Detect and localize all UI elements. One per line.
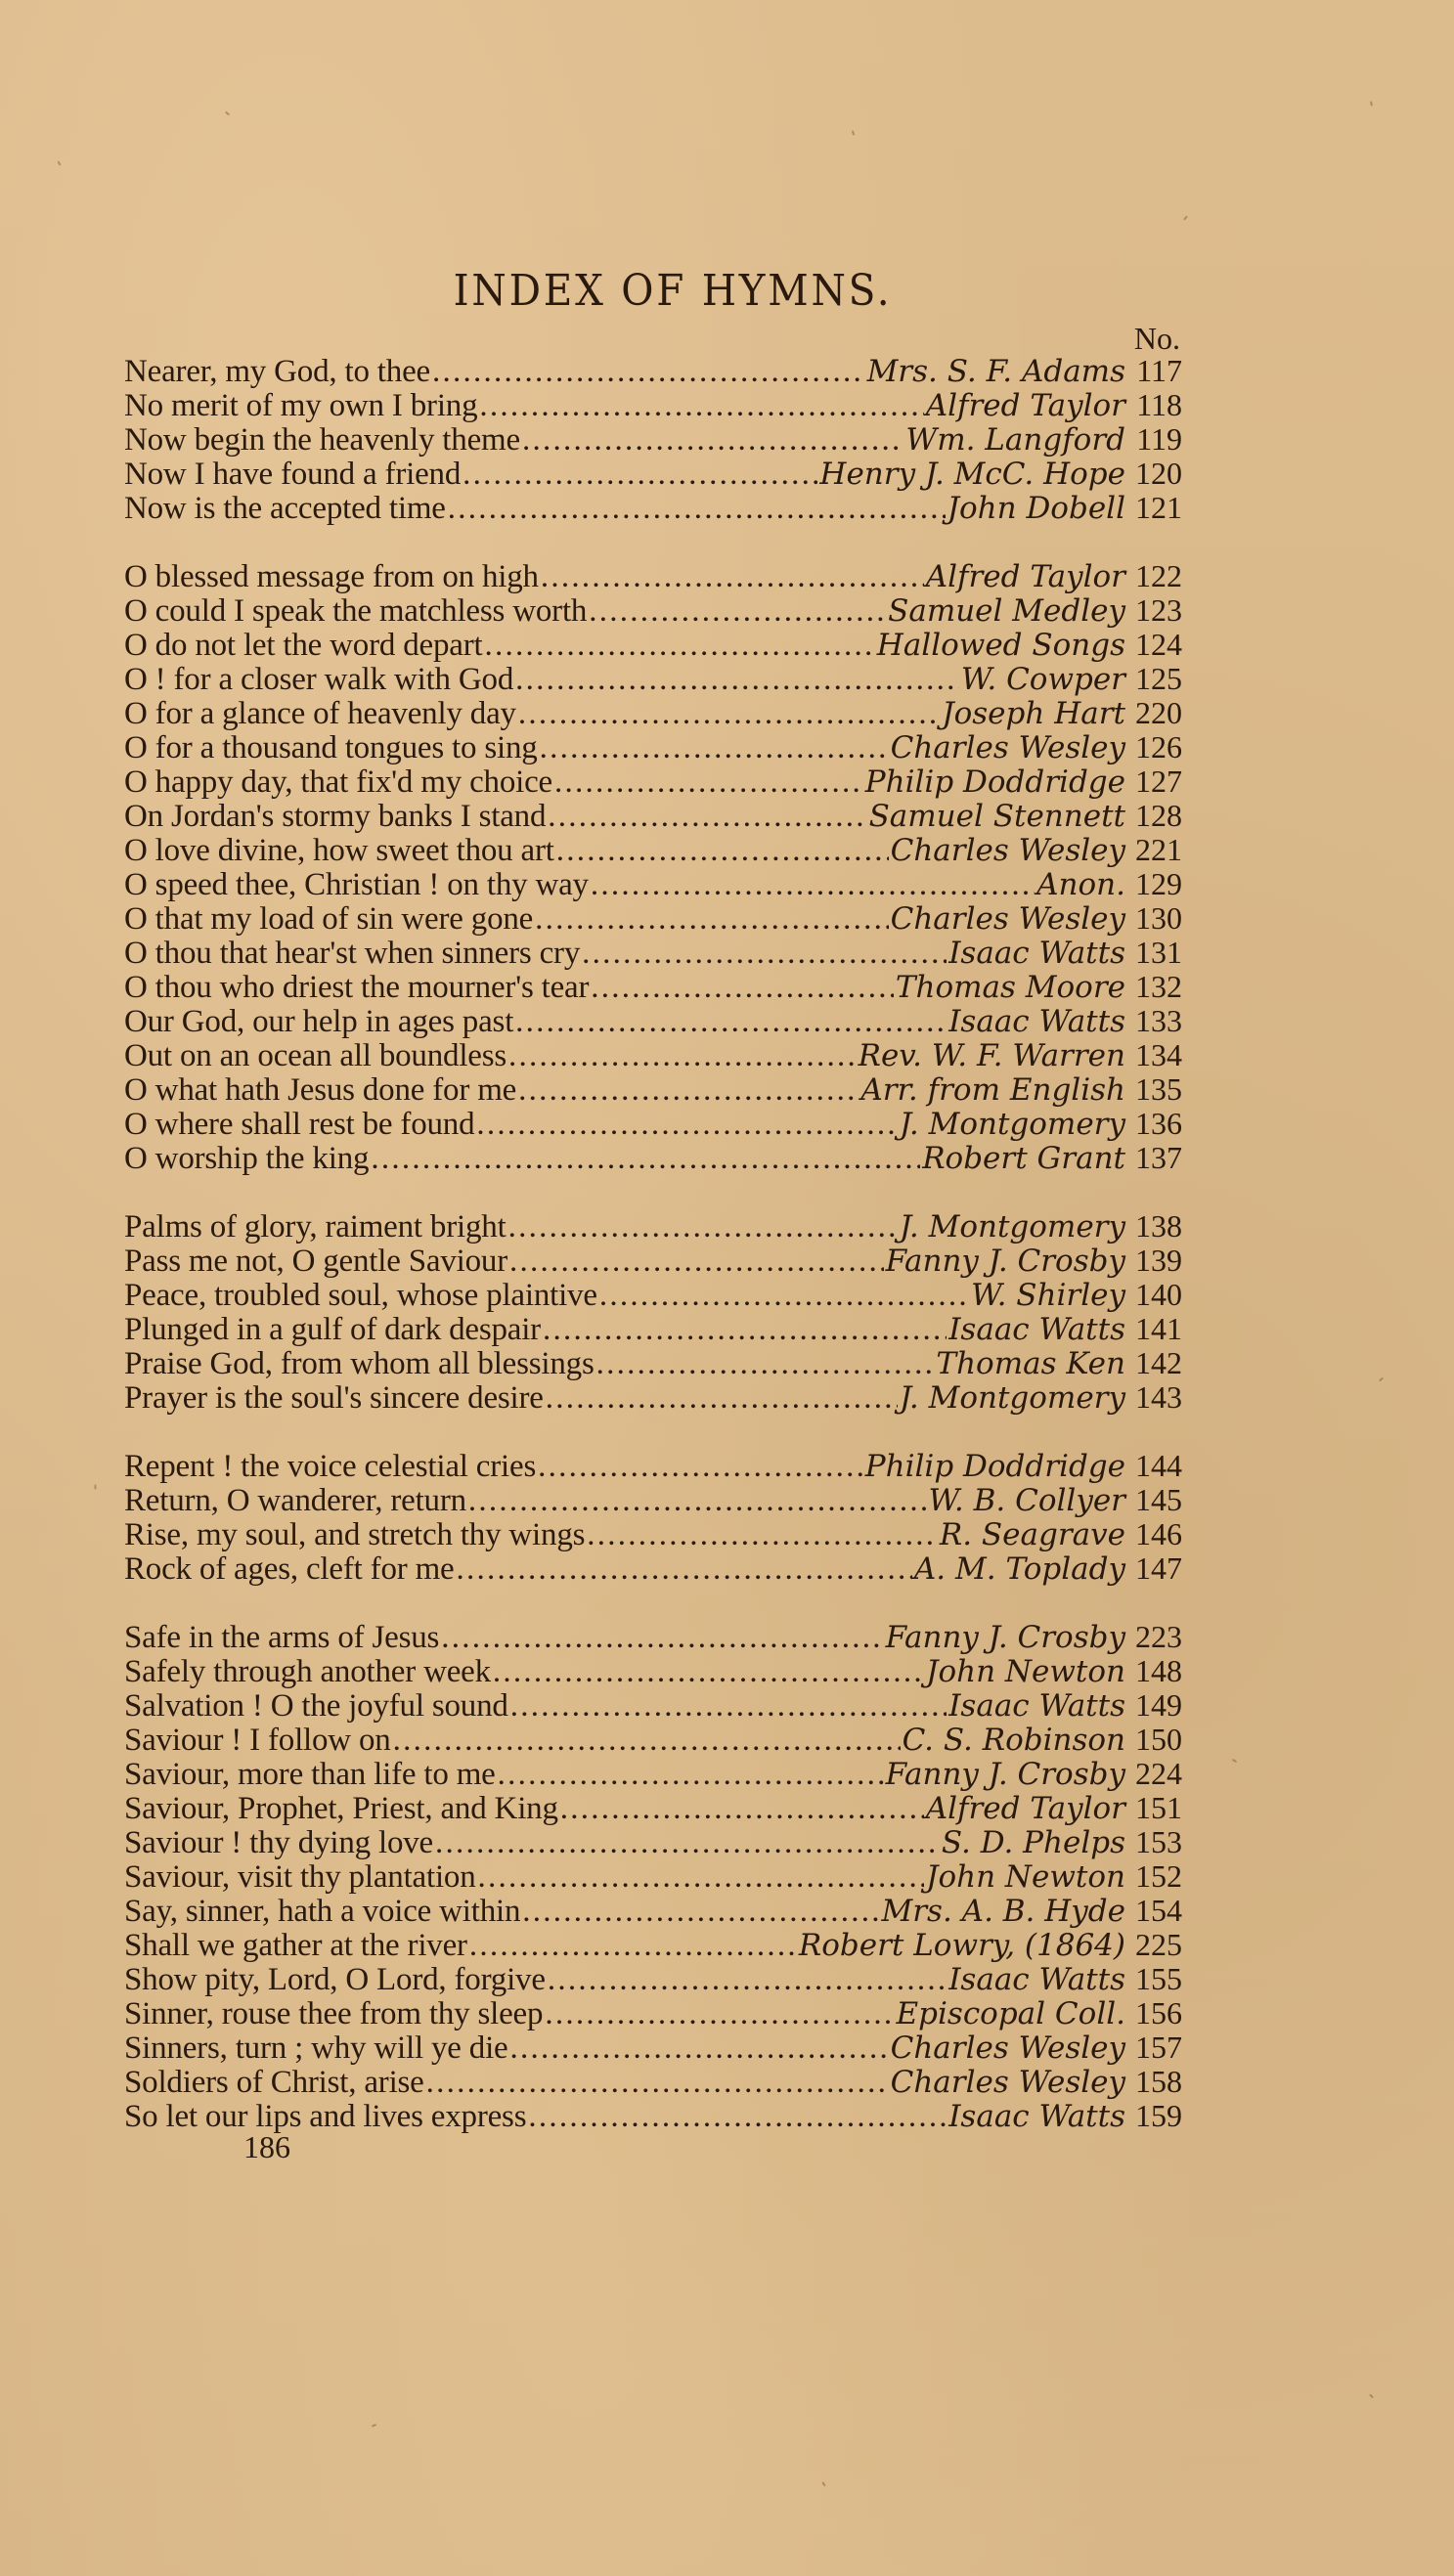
dot-leader [541, 560, 924, 594]
hymn-author: Charles Wesley [891, 902, 1125, 937]
hymn-author: J. Montgomery [900, 1210, 1125, 1244]
hymn-author: C. S. Robinson [903, 1724, 1125, 1758]
dot-leader [432, 355, 865, 389]
index-entry: O what hath Jesus done for meArr. from E… [124, 1072, 1182, 1107]
dot-leader [510, 2031, 889, 2066]
index-entry: Now is the accepted timeJohn Dobell121 [124, 491, 1182, 525]
dot-leader [463, 458, 817, 492]
hymn-number: 124 [1125, 628, 1182, 662]
hymn-first-line: So let our lips and lives express [124, 2100, 526, 2134]
hymn-first-line: Rise, my soul, and stretch thy wings [124, 1518, 585, 1552]
index-section-s: Safe in the arms of JesusFanny J. Crosby… [124, 1620, 1182, 2133]
paper-speck [1232, 1759, 1237, 1763]
hymn-number: 155 [1125, 1962, 1182, 1996]
index-entry: Saviour, visit thy plantationJohn Newton… [124, 1859, 1182, 1894]
index-entry: Saviour ! I follow onC. S. Robinson150 [124, 1723, 1182, 1757]
hymn-author: Arr. from English [860, 1073, 1125, 1108]
hymn-author: J. Montgomery [900, 1381, 1125, 1416]
hymn-number: 128 [1125, 799, 1182, 833]
dot-leader [509, 1244, 884, 1279]
hymn-first-line: Now is the accepted time [124, 492, 446, 526]
index-entry: O for a glance of heavenly dayJoseph Har… [124, 696, 1182, 730]
paper-speck [95, 1485, 97, 1490]
hymn-first-line: O could I speak the matchless worth [124, 594, 587, 629]
hymn-number: 157 [1125, 2030, 1182, 2065]
index-section-n: Nearer, my God, to theeMrs. S. F. Adams1… [124, 354, 1182, 525]
hymn-number: 137 [1125, 1141, 1182, 1175]
index-section-p: Palms of glory, raiment brightJ. Montgom… [124, 1209, 1182, 1415]
dot-leader [518, 697, 940, 731]
hymn-first-line: Saviour, Prophet, Priest, and King [124, 1792, 558, 1826]
hymn-author: Fanny J. Crosby [886, 1621, 1125, 1655]
index-entry: O where shall rest be foundJ. Montgomery… [124, 1107, 1182, 1141]
hymn-author: Fanny J. Crosby [886, 1244, 1125, 1279]
hymn-first-line: O speed thee, Christian ! on thy way [124, 868, 589, 902]
index-entry: Saviour, more than life to meFanny J. Cr… [124, 1757, 1182, 1791]
hymn-number: 145 [1125, 1483, 1182, 1517]
hymn-number: 129 [1125, 867, 1182, 901]
dot-leader [518, 1073, 859, 1108]
hymn-first-line: Now I have found a friend [124, 458, 461, 492]
dot-leader [599, 1279, 969, 1313]
index-entry: O for a thousand tongues to singCharles … [124, 730, 1182, 764]
hymn-author: John Newton [926, 1655, 1125, 1689]
hymn-number: 156 [1125, 1996, 1182, 2030]
dot-leader [589, 594, 886, 629]
hymn-first-line: O do not let the word depart [124, 629, 482, 663]
hymn-first-line: Saviour, more than life to me [124, 1758, 496, 1792]
dot-leader [548, 1963, 947, 1997]
hymn-first-line: Repent ! the voice celestial cries [124, 1450, 536, 1484]
hymn-number: 150 [1125, 1723, 1182, 1757]
hymn-author: Anon. [1036, 868, 1125, 902]
dot-leader [371, 1142, 920, 1176]
hymn-number: 220 [1125, 696, 1182, 730]
dot-leader [587, 1518, 938, 1552]
index-entry: O could I speak the matchless worthSamue… [124, 593, 1182, 628]
hymn-first-line: Peace, troubled soul, whose plaintive [124, 1279, 597, 1313]
hymn-author: Thomas Moore [896, 971, 1125, 1005]
hymn-number: 130 [1125, 901, 1182, 936]
hymn-first-line: Saviour, visit thy plantation [124, 1860, 476, 1895]
hymn-number: 134 [1125, 1038, 1182, 1072]
hymn-author: Charles Wesley [891, 2031, 1125, 2066]
hymn-number: 140 [1125, 1278, 1182, 1312]
dot-leader [596, 1347, 935, 1381]
index-entry: Saviour ! thy dying loveS. D. Phelps153 [124, 1825, 1182, 1859]
index-section-r: Repent ! the voice celestial criesPhilip… [124, 1449, 1182, 1586]
hymn-first-line: Plunged in a gulf of dark despair [124, 1313, 541, 1347]
dot-leader [476, 1108, 897, 1142]
dot-leader [522, 423, 903, 458]
hymn-number: 131 [1125, 936, 1182, 970]
hymn-number: 149 [1125, 1688, 1182, 1723]
index-entry: On Jordan's stormy banks I standSamuel S… [124, 799, 1182, 833]
dot-leader [498, 1758, 884, 1792]
dot-leader [560, 1792, 924, 1826]
hymn-first-line: Saviour ! thy dying love [124, 1826, 433, 1860]
hymn-author: W. Cowper [961, 663, 1125, 697]
paper-speck [852, 130, 856, 135]
hymn-author: W. Shirley [971, 1279, 1125, 1313]
hymn-first-line: Sinner, rouse thee from thy sleep [124, 1997, 543, 2031]
dot-leader [435, 1826, 940, 1860]
hymn-number: 147 [1125, 1551, 1182, 1586]
hymn-number: 225 [1125, 1928, 1182, 1962]
hymn-author: Episcopal Coll. [897, 1997, 1125, 2031]
hymn-number: 119 [1125, 422, 1182, 457]
dot-leader [540, 731, 889, 765]
hymn-number: 224 [1125, 1757, 1182, 1791]
index-entry: O love divine, how sweet thou artCharles… [124, 833, 1182, 867]
index-entry: Safe in the arms of JesusFanny J. Crosby… [124, 1620, 1182, 1654]
hymn-number: 123 [1125, 593, 1182, 628]
hymn-author: Joseph Hart [942, 697, 1125, 731]
index-entry: Now I have found a friend Henry J. McC. … [124, 457, 1182, 491]
index-entry: So let our lips and lives expressIsaac W… [124, 2099, 1182, 2133]
paper-speck [1183, 215, 1188, 220]
dot-leader [556, 834, 889, 868]
dot-leader [515, 663, 959, 697]
dot-leader [478, 1860, 925, 1895]
hymn-author: Isaac Watts [948, 1313, 1125, 1347]
hymn-first-line: O where shall rest be found [124, 1108, 474, 1142]
hymn-number: 144 [1125, 1449, 1182, 1483]
number-column-header: No. [124, 323, 1182, 354]
hymn-first-line: Say, sinner, hath a voice within [124, 1895, 520, 1929]
hymn-first-line: Now begin the heavenly theme [124, 423, 520, 458]
hymn-author: Hallowed Songs [877, 629, 1125, 663]
index-entry: Safely through another weekJohn Newton14… [124, 1654, 1182, 1688]
hymn-first-line: O love divine, how sweet thou art [124, 834, 554, 868]
hymn-first-line: O for a thousand tongues to sing [124, 731, 538, 765]
index-entry: Shall we gather at the riverRobert Lowry… [124, 1928, 1182, 1962]
hymn-author: Henry J. McC. Hope [819, 458, 1125, 492]
dot-leader [448, 492, 946, 526]
hymn-number: 153 [1125, 1825, 1182, 1859]
index-entry: O thou that hear'st when sinners cryIsaa… [124, 936, 1182, 970]
hymn-first-line: Our God, our help in ages past [124, 1005, 513, 1039]
hymn-first-line: Safely through another week [124, 1655, 491, 1689]
hymn-number: 158 [1125, 2065, 1182, 2099]
index-entry: O do not let the word departHallowed Son… [124, 628, 1182, 662]
dot-leader [508, 1039, 857, 1073]
dot-leader [543, 1313, 947, 1347]
paper-speck [57, 160, 61, 165]
dot-leader [582, 937, 947, 971]
index-entry: Salvation ! O the joyful soundIsaac Watt… [124, 1688, 1182, 1723]
index-entry: Pass me not, O gentle SaviourFanny J. Cr… [124, 1244, 1182, 1278]
hymn-author: Philip Doddridge [865, 765, 1125, 800]
hymn-first-line: Out on an ocean all boundless [124, 1039, 507, 1073]
index-entry: Prayer is the soul's sincere desireJ. Mo… [124, 1380, 1182, 1415]
index-entry: Plunged in a gulf of dark despairIsaac W… [124, 1312, 1182, 1346]
index-entry: O happy day, that fix'd my choicePhilip … [124, 764, 1182, 799]
dot-leader [591, 971, 894, 1005]
index-entry: Show pity, Lord, O Lord, forgiveIsaac Wa… [124, 1962, 1182, 1996]
index-entry: Sinners, turn ; why will ye dieCharles W… [124, 2030, 1182, 2065]
hymn-author: S. D. Phelps [942, 1826, 1125, 1860]
hymn-first-line: No merit of my own I bring [124, 389, 477, 423]
dot-leader [591, 868, 1035, 902]
hymn-number: 127 [1125, 764, 1182, 799]
hymn-author: Wm. Langford [905, 423, 1125, 458]
hymn-number: 133 [1125, 1004, 1182, 1038]
hymn-author: Charles Wesley [891, 2066, 1125, 2100]
page-title: INDEX OF HYMNS. [204, 264, 1142, 319]
dot-leader [493, 1655, 924, 1689]
index-entry: Say, sinner, hath a voice withinMrs. A. … [124, 1894, 1182, 1928]
hymn-author: Robert Lowry, (1864) [799, 1929, 1125, 1963]
hymn-first-line: O ! for a closer walk with God [124, 663, 513, 697]
hymn-author: John Dobell [947, 492, 1125, 526]
hymn-first-line: Pass me not, O gentle Saviour [124, 1244, 507, 1279]
dot-leader [393, 1724, 901, 1758]
dot-leader [515, 1005, 947, 1039]
hymn-first-line: Praise God, from whom all blessings [124, 1347, 595, 1381]
hymn-number: 148 [1125, 1654, 1182, 1688]
dot-leader [479, 389, 923, 423]
hymn-first-line: O blessed message from on high [124, 560, 539, 594]
index-entry: O that my load of sin were goneCharles W… [124, 901, 1182, 936]
dot-leader [548, 800, 866, 834]
hymn-first-line: Rock of ages, cleft for me [124, 1552, 455, 1587]
hymn-number: 143 [1125, 1380, 1182, 1415]
hymn-first-line: O for a glance of heavenly day [124, 697, 516, 731]
hymn-author: Samuel Medley [888, 594, 1125, 629]
index-sections: Nearer, my God, to theeMrs. S. F. Adams1… [124, 354, 1182, 2133]
index-entry: Praise God, from whom all blessingsThoma… [124, 1346, 1182, 1380]
hymn-author: Isaac Watts [948, 937, 1125, 971]
hymn-author: Mrs. A. B. Hyde [882, 1895, 1126, 1929]
paper-speck [821, 2481, 825, 2486]
hymn-first-line: Prayer is the soul's sincere desire [124, 1381, 544, 1416]
index-entry: No merit of my own I bringAlfred Taylor1… [124, 388, 1182, 422]
dot-leader [545, 1997, 894, 2031]
index-entry: O thou who driest the mourner's tearThom… [124, 970, 1182, 1004]
hymn-number: 142 [1125, 1346, 1182, 1380]
paper-speck [372, 2423, 376, 2427]
index-entry: Saviour, Prophet, Priest, and KingAlfred… [124, 1791, 1182, 1825]
hymn-number: 122 [1125, 559, 1182, 593]
hymn-number: 135 [1125, 1072, 1182, 1107]
hymn-number: 151 [1125, 1791, 1182, 1825]
index-entry: Peace, troubled soul, whose plaintiveW. … [124, 1278, 1182, 1312]
hymn-author: Alfred Taylor [926, 560, 1125, 594]
hymn-first-line: On Jordan's stormy banks I stand [124, 800, 546, 834]
dot-leader [538, 1450, 863, 1484]
hymn-first-line: O thou that hear'st when sinners cry [124, 937, 580, 971]
paper-speck [1369, 2394, 1374, 2399]
dot-leader [554, 765, 863, 800]
hymn-author: R. Seagrave [940, 1518, 1125, 1552]
hymn-first-line: O that my load of sin were gone [124, 902, 533, 937]
hymn-author: Fanny J. Crosby [886, 1758, 1125, 1792]
index-entry: O worship the kingRobert Grant137 [124, 1141, 1182, 1175]
hymn-number: 154 [1125, 1894, 1182, 1928]
dot-leader [484, 629, 874, 663]
index-entry: O speed thee, Christian ! on thy wayAnon… [124, 867, 1182, 901]
hymn-first-line: O worship the king [124, 1142, 369, 1176]
hymn-author: Isaac Watts [948, 2100, 1125, 2134]
dot-leader [441, 1621, 883, 1655]
hymn-first-line: O what hath Jesus done for me [124, 1073, 516, 1108]
hymn-author: Thomas Ken [936, 1347, 1125, 1381]
dot-leader [457, 1552, 912, 1587]
hymn-first-line: Salvation ! O the joyful sound [124, 1689, 508, 1724]
hymn-number: 136 [1125, 1107, 1182, 1141]
hymn-author: Alfred Taylor [926, 1792, 1125, 1826]
index-entry: O blessed message from on highAlfred Tay… [124, 559, 1182, 593]
dot-leader [546, 1381, 898, 1416]
hymn-author: Mrs. S. F. Adams [867, 355, 1125, 389]
hymn-author: Charles Wesley [891, 834, 1125, 868]
dot-leader [528, 2100, 947, 2134]
paper-speck [225, 111, 230, 116]
index-section-o: O blessed message from on highAlfred Tay… [124, 559, 1182, 1175]
hymn-author: Isaac Watts [948, 1005, 1125, 1039]
hymn-number: 126 [1125, 730, 1182, 764]
hymn-number: 141 [1125, 1312, 1182, 1346]
hymn-number: 117 [1125, 354, 1182, 388]
paper-speck [1379, 1377, 1384, 1382]
index-entry: Soldiers of Christ, ariseCharles Wesley1… [124, 2065, 1182, 2099]
hymn-number: 223 [1125, 1620, 1182, 1654]
hymn-author: Robert Grant [922, 1142, 1125, 1176]
index-entry: O ! for a closer walk with GodW. Cowper1… [124, 662, 1182, 696]
index-entry: Return, O wanderer, returnW. B. Collyer1… [124, 1483, 1182, 1517]
hymn-number: 221 [1125, 833, 1182, 867]
hymn-author: Charles Wesley [891, 731, 1125, 765]
hymn-number: 120 [1125, 457, 1182, 491]
index-entry: Repent ! the voice celestial criesPhilip… [124, 1449, 1182, 1483]
hymn-first-line: O thou who driest the mourner's tear [124, 971, 589, 1005]
index-entry: Now begin the heavenly themeWm. Langford… [124, 422, 1182, 457]
hymn-first-line: Shall we gather at the river [124, 1929, 467, 1963]
dot-leader [508, 1210, 898, 1244]
hymn-author: Alfred Taylor [926, 389, 1125, 423]
hymn-number: 138 [1125, 1209, 1182, 1244]
dot-leader [522, 1895, 879, 1929]
hymn-first-line: Return, O wanderer, return [124, 1484, 466, 1518]
hymn-author: Philip Doddridge [865, 1450, 1125, 1484]
hymn-first-line: Show pity, Lord, O Lord, forgive [124, 1963, 546, 1997]
hymn-number: 159 [1125, 2099, 1182, 2133]
hymn-number: 146 [1125, 1517, 1182, 1551]
hymn-author: W. B. Collyer [928, 1484, 1125, 1518]
dot-leader [535, 902, 889, 937]
hymn-number: 152 [1125, 1859, 1182, 1894]
hymn-first-line: Saviour ! I follow on [124, 1724, 391, 1758]
dot-leader [426, 2066, 889, 2100]
hymn-first-line: Nearer, my God, to thee [124, 355, 430, 389]
hymn-author: Isaac Watts [948, 1689, 1125, 1724]
hymn-number: 121 [1125, 491, 1182, 525]
hymn-first-line: Safe in the arms of Jesus [124, 1621, 439, 1655]
hymn-author: Isaac Watts [948, 1963, 1125, 1997]
index-entry: Sinner, rouse thee from thy sleepEpiscop… [124, 1996, 1182, 2030]
dot-leader [468, 1484, 927, 1518]
hymn-author: Samuel Stennett [869, 800, 1125, 834]
dot-leader [469, 1929, 797, 1963]
index-entry: Palms of glory, raiment brightJ. Montgom… [124, 1209, 1182, 1244]
hymn-number: 139 [1125, 1244, 1182, 1278]
index-entry: Rise, my soul, and stretch thy wingsR. S… [124, 1517, 1182, 1551]
index-entry: Rock of ages, cleft for meA. M. Toplady1… [124, 1551, 1182, 1586]
page-number: 186 [243, 2133, 1182, 2164]
hymn-index-page: INDEX OF HYMNS. No. Nearer, my God, to t… [124, 264, 1182, 2164]
hymn-first-line: Soldiers of Christ, arise [124, 2066, 424, 2100]
hymn-first-line: Sinners, turn ; why will ye die [124, 2031, 508, 2066]
paper-speck [1370, 101, 1373, 106]
hymn-number: 132 [1125, 970, 1182, 1004]
dot-leader [510, 1689, 947, 1724]
hymn-first-line: O happy day, that fix'd my choice [124, 765, 552, 800]
hymn-number: 125 [1125, 662, 1182, 696]
hymn-first-line: Palms of glory, raiment bright [124, 1210, 507, 1244]
index-entry: Our God, our help in ages pastIsaac Watt… [124, 1004, 1182, 1038]
index-entry: Nearer, my God, to theeMrs. S. F. Adams1… [124, 354, 1182, 388]
hymn-author: Rev. W. F. Warren [859, 1039, 1125, 1073]
hymn-author: John Newton [926, 1860, 1125, 1895]
index-entry: Out on an ocean all boundlessRev. W. F. … [124, 1038, 1182, 1072]
hymn-author: A. M. Toplady [914, 1552, 1125, 1587]
hymn-number: 118 [1125, 388, 1182, 422]
hymn-author: J. Montgomery [900, 1108, 1125, 1142]
